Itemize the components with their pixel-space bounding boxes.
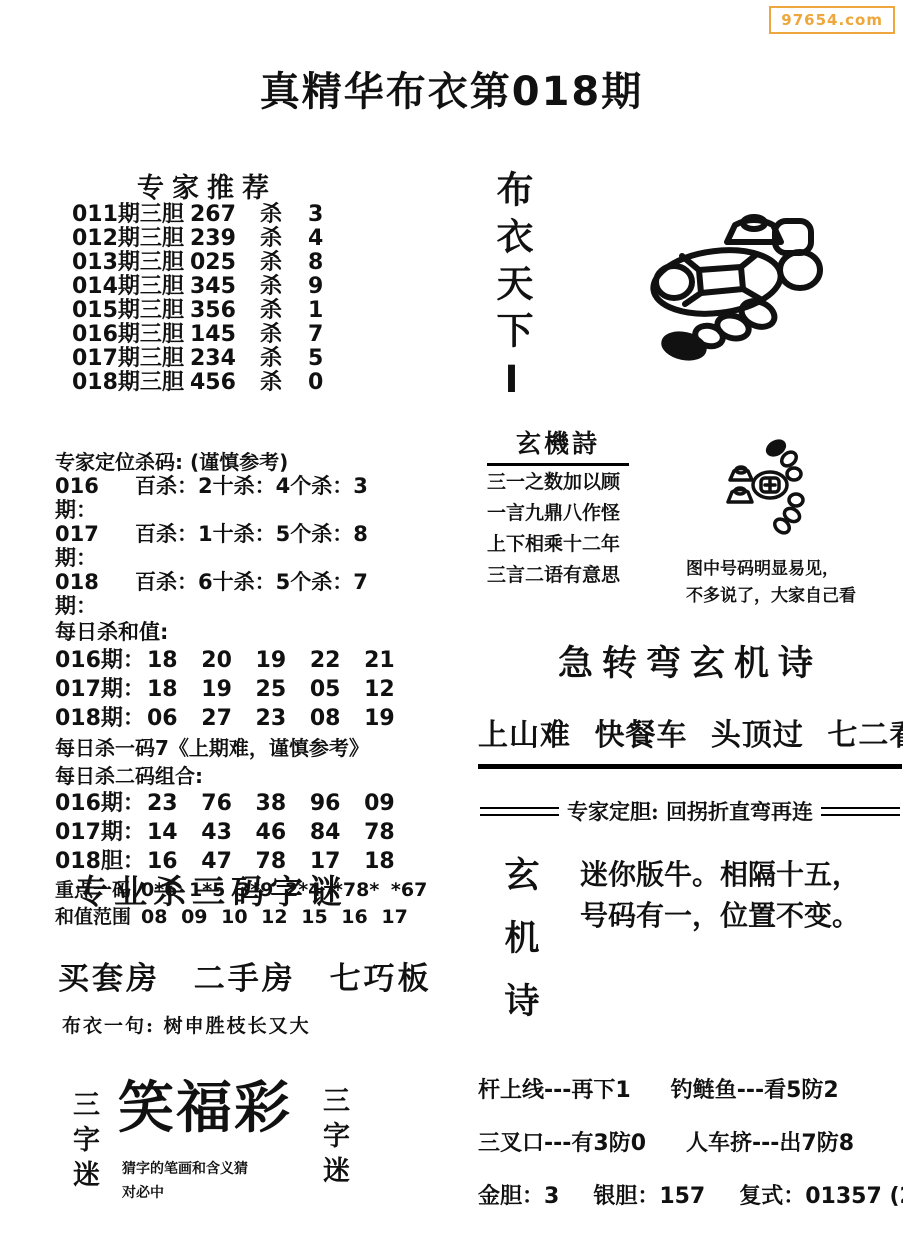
expert-row-period: 012期三胆 xyxy=(72,227,190,251)
expert-row-period: 011期三胆 xyxy=(72,203,190,227)
expert-row-kill-label: 杀 xyxy=(260,275,308,299)
expert-row-period: 014期三胆 xyxy=(72,275,190,299)
expert-row-kill: 9 xyxy=(308,275,323,299)
mini-poem-text: 迷你版牛。相隔十五， 号码有一，位置不变。 xyxy=(580,854,860,936)
row-period: 016期： xyxy=(55,646,147,675)
compound-value: 复式：01357 (2) xyxy=(739,1170,903,1223)
expert-row-kill: 0 xyxy=(308,371,323,395)
table-row: 013期三胆 025 杀 8 xyxy=(72,251,323,275)
buyi-sentence-line: 布衣一句: 树申胜枝长又大 xyxy=(62,1011,311,1038)
row-period: 018期： xyxy=(55,704,147,733)
sharp-turn-heading: 急转弯玄机诗 xyxy=(480,636,900,686)
table-row: 016期三胆 145 杀 7 xyxy=(72,323,323,347)
xuanji-poem-line: 一言九鼎八作怪 xyxy=(487,499,629,528)
expert-row-dan: 239 xyxy=(190,227,260,251)
row-values: 18 19 25 05 12 xyxy=(147,675,395,704)
double-line-right xyxy=(821,807,900,816)
row-period: 018期： xyxy=(55,570,135,618)
tip-item: 三叉口---有3防0 xyxy=(478,1117,646,1170)
brand-note-line1: 猜字的笔画和含义猜 xyxy=(122,1158,248,1182)
expert-row-kill-label: 杀 xyxy=(260,251,308,275)
brand-logo-text: 笑福彩 xyxy=(118,1064,292,1144)
silver-dan-value: 银胆：157 xyxy=(593,1170,705,1223)
row-values: 18 20 19 22 21 xyxy=(147,646,395,675)
sketch-note-line2: 不多说了，大家自己看 xyxy=(686,583,856,610)
daily-two-row: 016期： 23 76 38 96 09 xyxy=(55,789,425,818)
expert-row-kill-label: 杀 xyxy=(260,347,308,371)
buyi-sheet: 97654.com 真精华布衣第018期 专家推荐 011期三胆 267 杀 3… xyxy=(0,0,903,1257)
coin-ingot-bead-sketch-icon xyxy=(700,428,875,556)
expert-row-dan: 025 xyxy=(190,251,260,275)
expert-row-kill-label: 杀 xyxy=(260,203,308,227)
expert-row-kill-label: 杀 xyxy=(260,227,308,251)
xuanji-poem-line: 三言二语有意思 xyxy=(487,561,629,590)
expert-row-dan: 345 xyxy=(190,275,260,299)
row-period: 017期： xyxy=(55,675,147,704)
row-values: 14 43 46 84 78 xyxy=(147,818,395,847)
tip-item: 钓鲢鱼---看5防2 xyxy=(671,1064,839,1117)
table-row: 017期三胆 234 杀 5 xyxy=(72,347,323,371)
tip-item: 杆上线---再下1 xyxy=(478,1064,631,1117)
row-period: 016期： xyxy=(55,789,147,818)
table-row: 014期三胆 345 杀 9 xyxy=(72,275,323,299)
brand-note-line2: 对必中 xyxy=(122,1182,248,1206)
expert-dingdan-line: 专家定胆: 回拐折直弯再连 xyxy=(480,796,900,826)
expert-row-kill: 1 xyxy=(308,299,323,323)
expert-row-dan: 356 xyxy=(190,299,260,323)
sharp-turn-phrase: 上山难 快餐车 头顶过 七二看 xyxy=(478,710,902,769)
double-line-left xyxy=(480,807,559,816)
daily-one-code-line: 每日杀一码7《上期难，谨慎参考》 xyxy=(55,733,425,763)
row-text: 百杀：1十杀：5个杀：8 xyxy=(135,522,368,570)
xuanji-poem-line: 三一之数加以顾 xyxy=(487,468,629,497)
jewel-bracelet-sketch-icon xyxy=(595,185,885,415)
expert-recommend-table: 011期三胆 267 杀 3 012期三胆 239 杀 4 013期三胆 025… xyxy=(72,203,323,395)
table-row: 015期三胆 356 杀 1 xyxy=(72,299,323,323)
buyi-tianxia-vertical-title: 布衣天下I xyxy=(484,170,538,411)
row-text: 百杀：2十杀：4个杀：3 xyxy=(135,474,368,522)
row-period: 016期： xyxy=(55,474,135,522)
tips-row: 杆上线---再下1 钓鲢鱼---看5防2 xyxy=(478,1064,903,1117)
tip-item: 人车挤---出7防8 xyxy=(686,1117,854,1170)
daily-sum-heading: 每日杀和值: xyxy=(55,618,425,646)
tips-row: 三叉口---有3防0 人车挤---出7防8 xyxy=(478,1117,903,1170)
table-row: 011期三胆 267 杀 3 xyxy=(72,203,323,227)
mini-poem-line1: 迷你版牛。相隔十五， xyxy=(580,854,860,895)
three-word-riddle-left: 三字迷 xyxy=(64,1090,103,1195)
mini-poem-vertical-title: 玄机诗 xyxy=(494,856,544,1045)
daily-two-row: 017期： 14 43 46 84 78 xyxy=(55,818,425,847)
expert-row-kill-label: 杀 xyxy=(260,299,308,323)
bottom-tips-block: 杆上线---再下1 钓鲢鱼---看5防2 三叉口---有3防0 人车挤---出7… xyxy=(478,1064,903,1223)
expert-row-kill-label: 杀 xyxy=(260,323,308,347)
xuanji-poem-box: 玄機詩 三一之数加以顾 一言九鼎八作怪 上下相乘十二年 三言二语有意思 xyxy=(487,424,629,590)
expert-row-period: 016期三胆 xyxy=(72,323,190,347)
row-period: 017期： xyxy=(55,818,147,847)
position-kill-row: 016期： 百杀：2十杀：4个杀：3 xyxy=(55,474,425,522)
row-text: 百杀：6十杀：5个杀：7 xyxy=(135,570,368,618)
daily-two-heading: 每日杀二码组合: xyxy=(55,763,425,789)
xuanji-poem-heading: 玄機詩 xyxy=(487,424,629,466)
expert-recommend-heading: 专家推荐 xyxy=(42,166,372,205)
expert-dingdan-text: 专家定胆: 回拐折直弯再连 xyxy=(567,796,813,826)
mini-poem-line2: 号码有一，位置不变。 xyxy=(580,895,860,936)
expert-row-kill: 8 xyxy=(308,251,323,275)
expert-row-kill: 3 xyxy=(308,203,323,227)
expert-row-dan: 456 xyxy=(190,371,260,395)
tips-row: 金胆：3 银胆：157 复式：01357 (2) xyxy=(478,1170,903,1223)
watermark-badge: 97654.com xyxy=(769,6,895,34)
expert-row-period: 015期三胆 xyxy=(72,299,190,323)
brand-note: 猜字的笔画和含义猜 对必中 xyxy=(122,1158,248,1206)
expert-row-kill: 7 xyxy=(308,323,323,347)
expert-row-dan: 234 xyxy=(190,347,260,371)
expert-row-dan: 267 xyxy=(190,203,260,227)
daily-sum-row: 017期： 18 19 25 05 12 xyxy=(55,675,425,704)
position-kill-row: 017期： 百杀：1十杀：5个杀：8 xyxy=(55,522,425,570)
expert-row-period: 018期三胆 xyxy=(72,371,190,395)
row-period: 017期： xyxy=(55,522,135,570)
three-word-riddle-right: 三字迷 xyxy=(314,1086,353,1191)
expert-row-kill-label: 杀 xyxy=(260,371,308,395)
row-values: 06 27 23 08 19 xyxy=(147,704,395,733)
daily-sum-row: 018期： 06 27 23 08 19 xyxy=(55,704,425,733)
position-kill-row: 018期： 百杀：6十杀：5个杀：7 xyxy=(55,570,425,618)
table-row: 012期三胆 239 杀 4 xyxy=(72,227,323,251)
riddle-words-line: 买套房 二手房 七巧板 xyxy=(58,953,432,998)
kill-three-riddle-heading: 专业杀三码字谜 xyxy=(75,866,348,913)
expert-row-kill: 5 xyxy=(308,347,323,371)
gold-dan-value: 金胆：3 xyxy=(478,1170,559,1223)
sketch-note-line1: 图中号码明显易见， xyxy=(686,556,856,583)
xuanji-poem-line: 上下相乘十二年 xyxy=(487,530,629,559)
position-kill-heading: 专家定位杀码: (谨慎参考) xyxy=(55,450,425,474)
table-row: 018期三胆 456 杀 0 xyxy=(72,371,323,395)
position-kill-section: 专家定位杀码: (谨慎参考) 016期： 百杀：2十杀：4个杀：3 017期： … xyxy=(55,450,425,930)
daily-sum-row: 016期： 18 20 19 22 21 xyxy=(55,646,425,675)
expert-row-kill: 4 xyxy=(308,227,323,251)
expert-row-period: 017期三胆 xyxy=(72,347,190,371)
page-title: 真精华布衣第018期 xyxy=(0,60,903,117)
expert-row-dan: 145 xyxy=(190,323,260,347)
row-values: 23 76 38 96 09 xyxy=(147,789,395,818)
sketch-note: 图中号码明显易见， 不多说了，大家自己看 xyxy=(686,556,856,610)
expert-row-period: 013期三胆 xyxy=(72,251,190,275)
